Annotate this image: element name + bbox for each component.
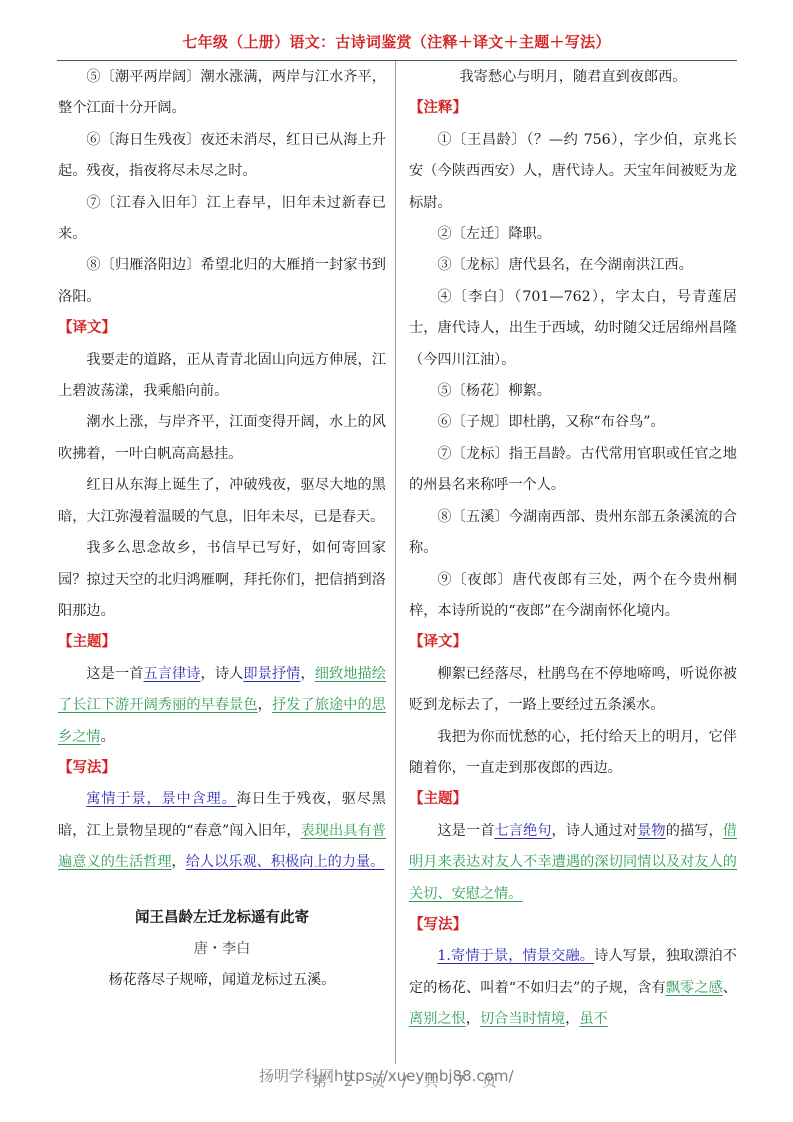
note-item: ⑦〔江春入旧年〕江上春早，旧年未过新春已来。 — [58, 188, 386, 251]
method-paragraph: 1.寄情于景，情景交融。诗人写景，独取漂泊不定的杨花、叫着“不如归去”的子规，含… — [409, 941, 737, 1035]
note-item: ⑦〔龙标〕指王昌龄。古代常用官职或任官之地的州县名来称呼一个人。 — [409, 439, 737, 502]
translation-paragraph: 红日从东海上诞生了，冲破残夜，驱尽大地的黑暗，大江弥漫着温暖的气息，旧年未尽，已… — [58, 470, 386, 533]
note-item: ②〔左迁〕降职。 — [409, 219, 737, 250]
text: 这是一首 — [437, 823, 494, 839]
keyword-highlight: 1.寄情于景，情景交融。 — [437, 948, 594, 964]
translation-paragraph: 潮水上涨，与岸齐平，江面变得开阔，水上的风吹拂着，一叶白帆高高悬挂。 — [58, 407, 386, 470]
poem-author: 唐・李白 — [58, 934, 386, 965]
phrase-highlight: 切合当时情境 — [480, 1011, 565, 1027]
note-item: ⑤〔杨花〕柳絮。 — [409, 376, 737, 407]
section-heading-method: 【写法】 — [409, 910, 737, 941]
keyword-highlight: 景物 — [637, 823, 666, 839]
note-item: ③〔龙标〕唐代县名，在今湖南洪江西。 — [409, 250, 737, 281]
note-item: ⑧〔五溪〕今湖南西部、贵州东部五条溪流的合称。 — [409, 502, 737, 565]
section-heading-method: 【写法】 — [58, 753, 386, 784]
keyword-highlight: 七言绝句 — [494, 823, 551, 839]
note-item: ⑥〔海日生残夜〕夜还未消尽，红日已从海上升起。残夜，指夜将尽未尽之时。 — [58, 125, 386, 188]
phrase-highlight: 飘零之感 — [666, 980, 723, 996]
note-item: ⑥〔子规〕即杜鹃，又称“布谷鸟”。 — [409, 407, 737, 438]
phrase-highlight: 离别之恨 — [409, 1011, 466, 1027]
right-column: 我寄愁心与明月，随君直到夜郎西。 【注释】 ①〔王昌龄〕（？—约 756），字少… — [409, 62, 737, 1036]
note-item: ⑨〔夜郎〕唐代夜郎有三处，两个在今贵州桐梓，本诗所说的“夜郎”在今湖南怀化境内。 — [409, 565, 737, 628]
column-divider — [395, 61, 396, 1064]
keyword-highlight: 即景抒情 — [243, 666, 300, 682]
keyword-highlight: 给人以乐观、积极向上的力量。 — [186, 854, 385, 870]
section-heading-notes: 【注释】 — [409, 93, 737, 124]
text: ， — [466, 1011, 480, 1027]
section-heading-theme: 【主题】 — [409, 784, 737, 815]
text: ， — [300, 666, 314, 682]
left-column: ⑤〔潮平两岸阔〕潮水涨满，两岸与江水齐平，整个江面十分开阔。 ⑥〔海日生残夜〕夜… — [58, 62, 386, 997]
translation-paragraph: 我把为你而忧愁的心，托付给天上的明月，它伴随着你，一直走到那夜郎的西边。 — [409, 722, 737, 785]
section-heading-theme: 【主题】 — [58, 627, 386, 658]
text: ，诗人 — [201, 666, 244, 682]
poem-line: 杨花落尽子规啼，闻道龙标过五溪。 — [58, 965, 386, 996]
text: 的描写， — [666, 823, 723, 839]
note-item: ④〔李白〕（701—762），字太白，号青莲居士，唐代诗人，出生于西域，幼时随父… — [409, 282, 737, 376]
phrase-highlight: 虽不 — [579, 1011, 607, 1027]
keyword-highlight: 五言律诗 — [143, 666, 200, 682]
document-header-title: 七年级（上册）语文：古诗词鉴赏（注释＋译文＋主题＋写法） — [0, 31, 793, 52]
text: 、 — [723, 980, 737, 996]
section-heading-translation: 【译文】 — [58, 313, 386, 344]
text: ，诗人通过对 — [552, 823, 638, 839]
poem-title: 闻王昌龄左迁龙标遥有此寄 — [58, 903, 386, 934]
translation-paragraph: 我多么思念故乡，书信早已写好，如何寄回家园？掠过天空的北归鸿雁啊，拜托你们，把信… — [58, 533, 386, 627]
note-item: ①〔王昌龄〕（？—约 756），字少伯，京兆长安（今陕西西安）人，唐代诗人。天宝… — [409, 125, 737, 219]
text: ， — [172, 854, 186, 870]
section-heading-translation: 【译文】 — [409, 627, 737, 658]
watermark: 扬明学科网https://xueymbj88.com/ — [259, 1065, 514, 1086]
method-paragraph: 寓情于景，景中含理。海日生于残夜，驱尽黑暗，江上景物呈现的“春意”闯入旧年，表现… — [58, 784, 386, 878]
theme-paragraph: 这是一首五言律诗，诗人即景抒情，细致地描绘了长江下游开阔秀丽的早春景色，抒发了旅… — [58, 659, 386, 753]
text: 。 — [101, 729, 115, 745]
translation-paragraph: 我要走的道路，正从青青北固山向远方伸展，江上碧波荡漾，我乘船向前。 — [58, 345, 386, 408]
text: 这是一首 — [86, 666, 143, 682]
header-divider — [57, 60, 737, 61]
poem-line: 我寄愁心与明月，随君直到夜郎西。 — [409, 62, 737, 93]
note-item: ⑤〔潮平两岸阔〕潮水涨满，两岸与江水齐平，整个江面十分开阔。 — [58, 62, 386, 125]
theme-paragraph: 这是一首七言绝句，诗人通过对景物的描写，借明月来表达对友人不幸遭遇的深切同情以及… — [409, 816, 737, 910]
text: ， — [258, 697, 272, 713]
text: ， — [565, 1011, 579, 1027]
note-item: ⑧〔归雁洛阳边〕希望北归的大雁捎一封家书到洛阳。 — [58, 250, 386, 313]
keyword-highlight: 寓情于景，景中含理。 — [86, 791, 236, 807]
translation-paragraph: 柳絮已经落尽，杜鹃鸟在不停地啼鸣，听说你被贬到龙标去了，一路上要经过五条溪水。 — [409, 659, 737, 722]
